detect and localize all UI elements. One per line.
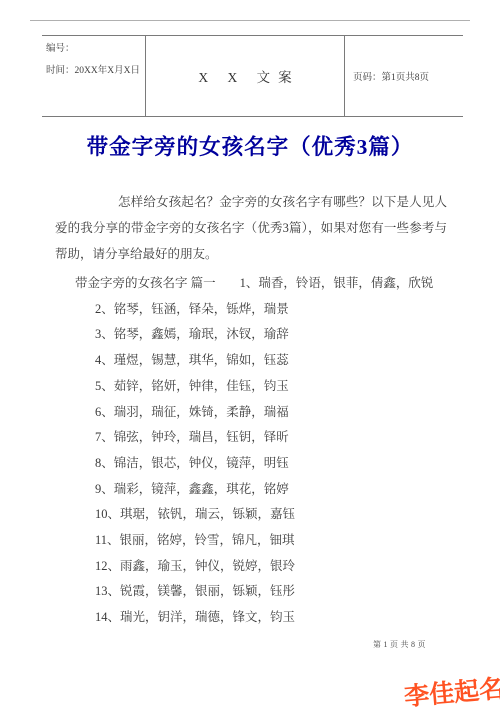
watermark-brand: 李佳起名 <box>403 669 500 707</box>
doc-number-label: 编号： <box>46 42 140 57</box>
name-list-section: 带金字旁的女孩名字 篇一1、瑞香，铃语，银菲，倩鑫，欣锐 2、铭琴，钰涵，铎朵，… <box>55 271 455 631</box>
header-cell-org: X X 文案 <box>145 36 345 116</box>
page-footer: 第1页共8页 <box>0 639 500 650</box>
header-cell-meta: 编号： 时间：20XX年X月X日 <box>42 36 145 116</box>
list-item: 4、瑾煜，锡慧，琪华，锦如，钰蕊 <box>55 348 455 374</box>
list-item: 13、锐霞，镁馨，银丽，铄颖，钰彤 <box>55 579 455 605</box>
org-title: X X 文案 <box>198 66 299 86</box>
section-heading: 带金字旁的女孩名字 篇一 <box>75 276 216 290</box>
list-item: 6、瑞羽，瑞征，姝锜，柔静，瑞福 <box>55 400 455 426</box>
document-page: 编号： 时间：20XX年X月X日 X X 文案 页码：第1页共8页 带金字旁的女… <box>0 0 500 707</box>
list-item: 5、茹锌，铭妍，钟律，佳钰，钧玉 <box>55 374 455 400</box>
list-item: 10、琪琚，铱钒，瑞云，铄颖，嘉钰 <box>55 502 455 528</box>
list-item-first: 1、瑞香，铃语，银菲，倩鑫，欣锐 <box>240 276 434 290</box>
name-list: 2、铭琴，钰涵，铎朵，铄烨，瑞景 3、铭琴，鑫嫣，瑜珉，沐钗，瑜辞 4、瑾煜，锡… <box>55 297 455 631</box>
list-item: 2、铭琴，钰涵，铎朵，铄烨，瑞景 <box>55 297 455 323</box>
list-item: 9、瑞彩，镜萍，鑫鑫，琪花，铭婷 <box>55 477 455 503</box>
page-title: 带金字旁的女孩名字（优秀3篇） <box>0 130 500 161</box>
list-item: 11、银丽，铭婷，铃雪，锦凡，钿琪 <box>55 528 455 554</box>
list-item: 3、铭琴，鑫嫣，瑜珉，沐钗，瑜辞 <box>55 322 455 348</box>
footer-page-number: 第1页共8页 <box>373 640 428 649</box>
intro-paragraph: 怎样给女孩起名？金字旁的女孩名字有哪些？以下是人见人爱的我分享的带金字旁的女孩名… <box>55 189 447 267</box>
header-table: 编号： 时间：20XX年X月X日 X X 文案 页码：第1页共8页 <box>42 35 463 117</box>
list-item: 8、锦洁，银芯，钟仪，镜萍，明钰 <box>55 451 455 477</box>
list-item: 14、瑞光，钥洋，瑞德，锋文，钧玉 <box>55 605 455 631</box>
header-cell-page: 页码：第1页共8页 <box>345 36 463 116</box>
top-divider <box>30 20 470 21</box>
header-page-number: 页码：第1页共8页 <box>353 69 429 83</box>
list-item: 12、雨鑫，瑜玉，钟仪，锐婷，银玲 <box>55 554 455 580</box>
list-item: 7、锦弦，钟玲，瑞昌，钰钥，铎昕 <box>55 425 455 451</box>
doc-date-label: 时间：20XX年X月X日 <box>46 64 140 79</box>
section-heading-line: 带金字旁的女孩名字 篇一1、瑞香，铃语，银菲，倩鑫，欣锐 <box>55 271 455 297</box>
